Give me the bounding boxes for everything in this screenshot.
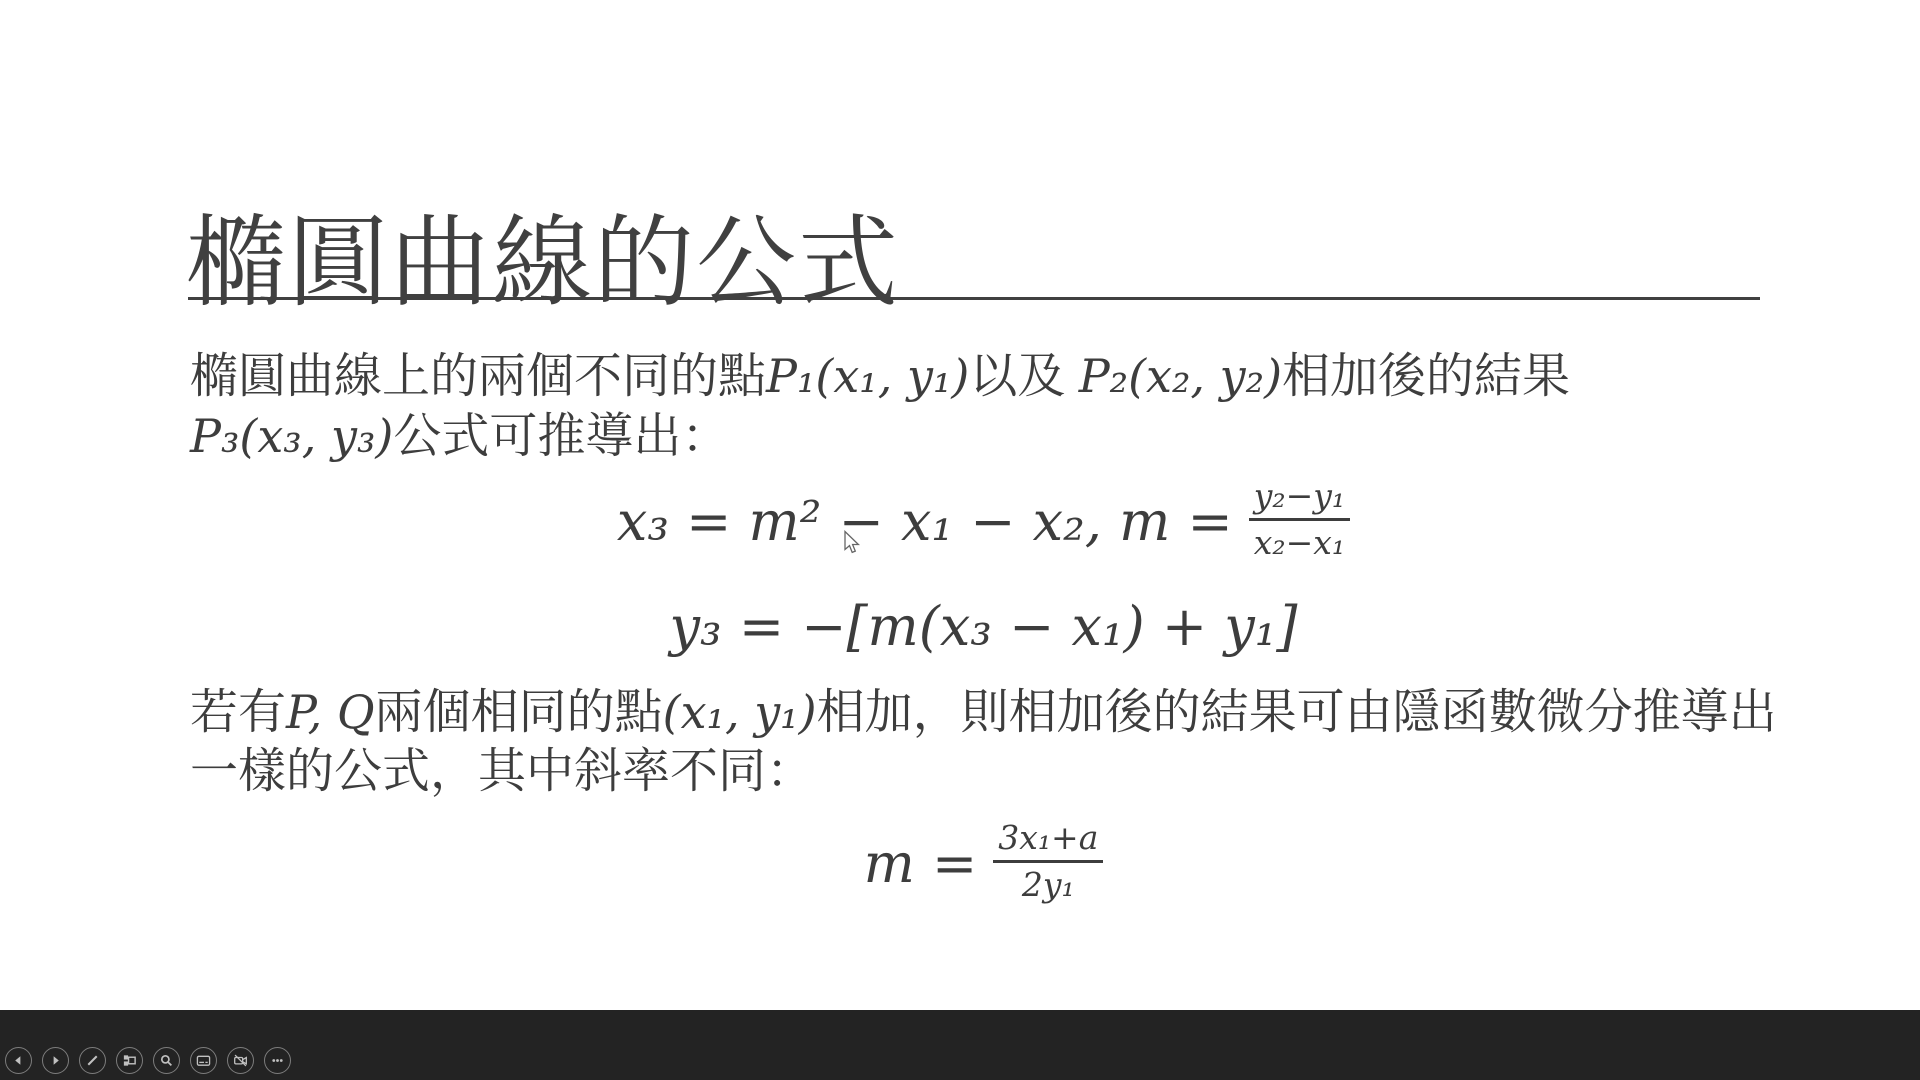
captions-button[interactable] bbox=[190, 1047, 217, 1074]
previous-slide-button[interactable] bbox=[5, 1047, 32, 1074]
slides-grid-icon bbox=[122, 1053, 137, 1068]
text-run: 一樣的公式，其中斜率不同： bbox=[190, 745, 814, 798]
fraction-numerator: y₂−y₁ bbox=[1249, 476, 1350, 516]
math-run-p1: P₁(x₁, y₁) bbox=[766, 349, 969, 403]
pen-icon bbox=[85, 1053, 100, 1068]
arrow-left-icon bbox=[11, 1053, 26, 1068]
mouse-cursor bbox=[843, 530, 862, 557]
text-run: 相加後的結果 bbox=[1282, 350, 1570, 403]
text-run: 以及 bbox=[969, 350, 1078, 403]
fraction-denominator: 2y₁ bbox=[1017, 865, 1080, 905]
see-all-slides-button[interactable] bbox=[116, 1047, 143, 1074]
slideshow-screen: { "slide": { "title": "橢圓曲線的公式", "p1": {… bbox=[0, 0, 1920, 1080]
next-slide-button[interactable] bbox=[42, 1047, 69, 1074]
fraction-bar bbox=[1249, 518, 1350, 521]
math-run-pq: P, Q bbox=[286, 685, 375, 739]
text-run: 橢圓曲線上的兩個不同的點 bbox=[190, 350, 766, 403]
camera-button[interactable] bbox=[227, 1047, 254, 1074]
fraction-bar bbox=[993, 860, 1103, 863]
math-run-p3: P₃(x₃, y₃) bbox=[190, 409, 393, 463]
fraction-numerator: 3x₁+a bbox=[993, 818, 1103, 858]
more-options-button[interactable] bbox=[264, 1047, 291, 1074]
title-divider-line bbox=[188, 297, 1760, 300]
paragraph1-line2: P₃(x₃, y₃)公式可推導出： bbox=[190, 406, 729, 467]
math-run-x1y1: (x₁, y₁) bbox=[663, 685, 817, 739]
zoom-button[interactable] bbox=[153, 1047, 180, 1074]
formula-slope-fraction: 3x₁+a 2y₁ bbox=[993, 818, 1103, 904]
text-run: 兩個相同的點 bbox=[375, 686, 663, 739]
paragraph2-line2: 一樣的公式，其中斜率不同： bbox=[190, 742, 814, 802]
camera-off-icon bbox=[233, 1053, 248, 1068]
formula-x3: x₃ = m² − x₁ − x₂, m = y₂−y₁ x₂−x₁ bbox=[190, 468, 1777, 576]
fraction-denominator: x₂−x₁ bbox=[1249, 523, 1350, 563]
math-run-p2: P₂(x₂, y₂) bbox=[1079, 349, 1282, 403]
formula-y3: y₃ = −[m(x₃ − x₁) + y₁] bbox=[190, 592, 1777, 662]
formula-y3-text: y₃ = −[m(x₃ − x₁) + y₁] bbox=[670, 592, 1298, 662]
text-run: 公式可推導出： bbox=[393, 410, 729, 463]
formula-x3-lhs: x₃ = m² − x₁ − x₂, m = bbox=[617, 487, 1233, 557]
paragraph1-line1: 橢圓曲線上的兩個不同的點P₁(x₁, y₁)以及 P₂(x₂, y₂)相加後的結… bbox=[190, 346, 1570, 407]
ellipsis-icon bbox=[270, 1053, 285, 1068]
slide-title: 橢圓曲線的公式 bbox=[186, 203, 900, 323]
formula-slope: m = 3x₁+a 2y₁ bbox=[190, 812, 1777, 917]
magnifier-icon bbox=[159, 1053, 174, 1068]
formula-x3-fraction: y₂−y₁ x₂−x₁ bbox=[1249, 476, 1350, 562]
formula-slope-lhs: m = bbox=[864, 829, 978, 899]
pen-button[interactable] bbox=[79, 1047, 106, 1074]
text-run: 若有 bbox=[190, 686, 286, 739]
paragraph2-line1: 若有P, Q兩個相同的點(x₁, y₁)相加，則相加後的結果可由隱函數微分推導出 bbox=[190, 682, 1777, 743]
text-run: 相加，則相加後的結果可由隱函數微分推導出 bbox=[817, 686, 1777, 739]
captions-icon bbox=[196, 1053, 211, 1068]
arrow-right-icon bbox=[48, 1053, 63, 1068]
presenter-toolbar bbox=[0, 1010, 1920, 1080]
